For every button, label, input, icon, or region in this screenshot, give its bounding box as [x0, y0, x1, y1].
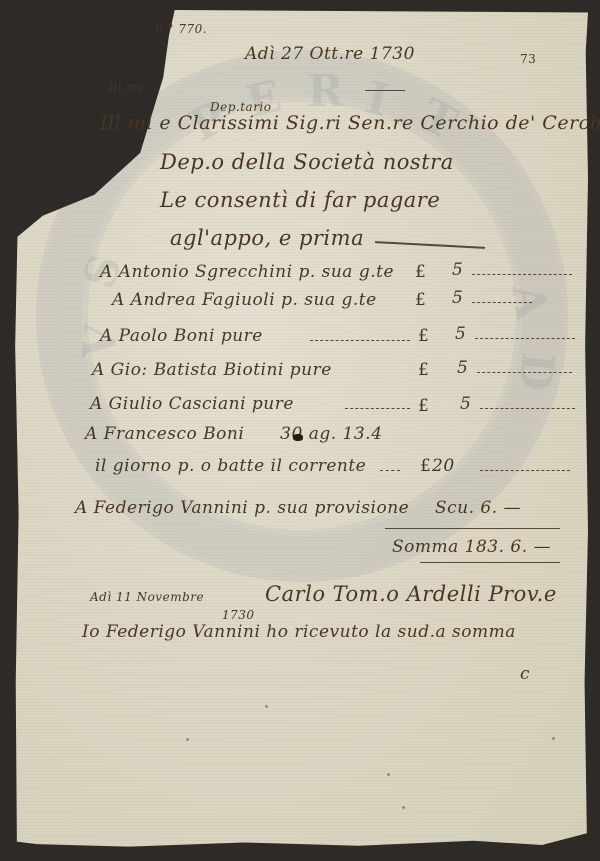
date-underline — [365, 90, 405, 91]
paper-speck — [552, 737, 555, 740]
receipt-line: Io Federigo Vannini ho ricevuto la sud.a… — [82, 622, 516, 642]
fill-dashes — [477, 372, 572, 373]
date-line: Adì 27 Ott.re 1730 — [245, 44, 415, 64]
lira-symbol: £ — [418, 326, 429, 346]
address-line-2: Dep.o della Società nostra — [160, 150, 454, 174]
total-row: Somma 183. 6. — — [392, 537, 551, 557]
paper-speck — [402, 806, 405, 809]
salutation-prefix: Ill.me — [108, 80, 146, 94]
payment-row: A Paolo Boni pure — [100, 326, 263, 346]
ink-blot — [293, 434, 303, 441]
payment-row: A Giulio Casciani pure — [90, 394, 294, 414]
fill-dashes — [472, 302, 532, 303]
payment-row: il giorno p. o batte il corrente — [95, 456, 366, 476]
paper-speck — [265, 705, 268, 708]
lira-symbol: £ — [418, 396, 429, 416]
signature: Carlo Tom.o Ardelli Prov.e — [265, 582, 557, 606]
fill-dashes — [380, 470, 400, 471]
payment-amount: 20 — [432, 456, 455, 476]
lira-symbol: £ — [415, 262, 426, 282]
payment-amount: 5 — [452, 288, 463, 308]
fill-dashes — [472, 274, 572, 275]
payment-amount: 5 — [455, 324, 466, 344]
fill-dashes — [480, 470, 570, 471]
folio-number: 73 — [520, 52, 536, 66]
lira-symbol: £ — [418, 360, 429, 380]
fill-dashes — [475, 338, 575, 339]
fill-dashes — [480, 408, 575, 409]
payment-amount: 5 — [457, 358, 468, 378]
closing-date: Adì 11 Novembre — [90, 590, 204, 604]
closing-year: 1730 — [222, 608, 255, 622]
fill-dashes — [310, 340, 410, 341]
total-rule-bottom — [420, 562, 560, 563]
address-line-4: agl'appo, e prima — [170, 226, 364, 250]
payment-row: A Andrea Fagiuoli p. sua g.te — [112, 290, 377, 310]
total-rule-top — [385, 528, 560, 529]
archive-number: n.° 770. — [155, 22, 207, 36]
payment-row: A Antonio Sgrecchini p. sua g.te — [100, 262, 394, 282]
trailing-mark: c — [520, 664, 530, 684]
payment-amount: Scu. 6. — — [435, 498, 521, 518]
fill-dashes — [345, 408, 410, 409]
address-line-1: Ill.mi e Clarissimi Sig.ri Sen.re Cerchi… — [100, 112, 600, 134]
lira-symbol: £ — [415, 290, 426, 310]
payment-amount: 5 — [460, 394, 471, 414]
payment-amount: 5 — [452, 260, 463, 280]
paper-speck — [186, 738, 189, 741]
payment-row: A Francesco Boni 30 ag. 13.4 — [85, 424, 382, 444]
lira-symbol: £ — [420, 456, 431, 476]
payment-row: A Gio: Batista Biotini pure — [92, 360, 332, 380]
payment-row: A Federigo Vannini p. sua provisione — [75, 498, 409, 518]
paper-speck — [387, 773, 390, 776]
address-line-3: Le consentì di far pagare — [160, 188, 440, 212]
